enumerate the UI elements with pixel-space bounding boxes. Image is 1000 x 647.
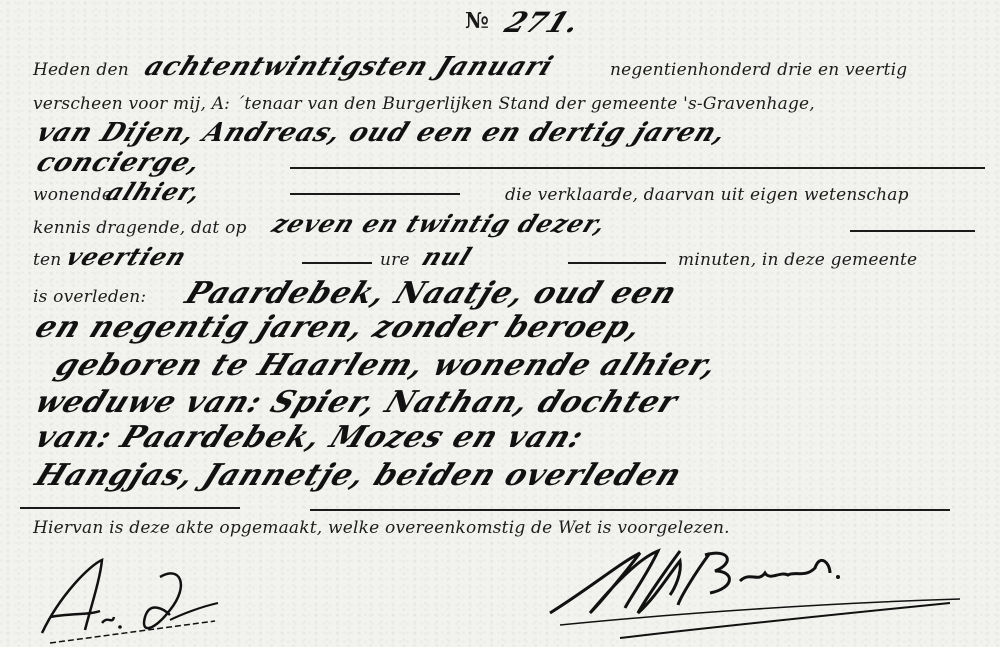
handwritten-death-date: zeven en twintig dezer, xyxy=(268,209,612,238)
scanned-certificate: № 271. Heden den achtentwintigsten Janua… xyxy=(0,0,1000,647)
blank-line xyxy=(568,262,666,264)
declarant-signature xyxy=(30,555,220,645)
certificate-number-label: № xyxy=(465,8,489,34)
handwritten-hour: veertien xyxy=(62,242,192,271)
printed-minuten: minuten, in deze gemeente xyxy=(678,250,917,270)
handwritten-deceased-line-1: Paardebek, Naatje, oud een xyxy=(180,276,683,311)
handwritten-minutes: nul xyxy=(418,242,477,271)
printed-ten: ten xyxy=(33,250,61,270)
handwritten-date: achtentwintigsten Januari xyxy=(140,52,558,82)
certificate-number: 271. xyxy=(500,6,586,39)
printed-verscheen: verscheen voor mij, A: ´tenaar van den B… xyxy=(33,94,815,114)
handwritten-deceased-line-4: weduwe van: Spier, Nathan, dochter xyxy=(30,385,684,420)
printed-kennis-dragende: kennis dragende, dat op xyxy=(33,218,247,238)
printed-is-overleden: is overleden: xyxy=(33,287,146,307)
handwritten-deceased-line-6: Hangjas, Jannetje, beiden overleden xyxy=(30,458,687,493)
blank-line xyxy=(20,507,240,509)
handwritten-deceased-line-3: geboren te Haarlem, wonende alhier, xyxy=(50,348,723,383)
blank-line xyxy=(290,167,985,169)
handwritten-deceased-line-5: van: Paardebek, Mozes en van: xyxy=(30,420,589,455)
handwritten-declarant-occupation: concierge, xyxy=(32,148,206,178)
blank-line xyxy=(290,193,460,195)
blank-line xyxy=(310,509,950,511)
printed-closing-statement: Hiervan is deze akte opgemaakt, welke ov… xyxy=(33,518,730,538)
handwritten-declarant-name: van Dijen, Andreas, oud een en dertig ja… xyxy=(32,118,731,148)
printed-wonende: wonende xyxy=(33,185,112,205)
blank-line xyxy=(302,262,372,264)
handwritten-residence: alhier, xyxy=(102,177,206,206)
printed-ure: ure xyxy=(380,250,410,270)
registrar-signature xyxy=(530,543,960,643)
printed-verklaarde: die verklaarde, daarvan uit eigen wetens… xyxy=(505,185,909,205)
handwritten-deceased-line-2: en negentig jaren, zonder beroep, xyxy=(30,310,647,345)
printed-heden-den: Heden den xyxy=(33,60,129,80)
blank-line xyxy=(850,230,975,232)
printed-year: negentienhonderd drie en veertig xyxy=(610,60,907,80)
